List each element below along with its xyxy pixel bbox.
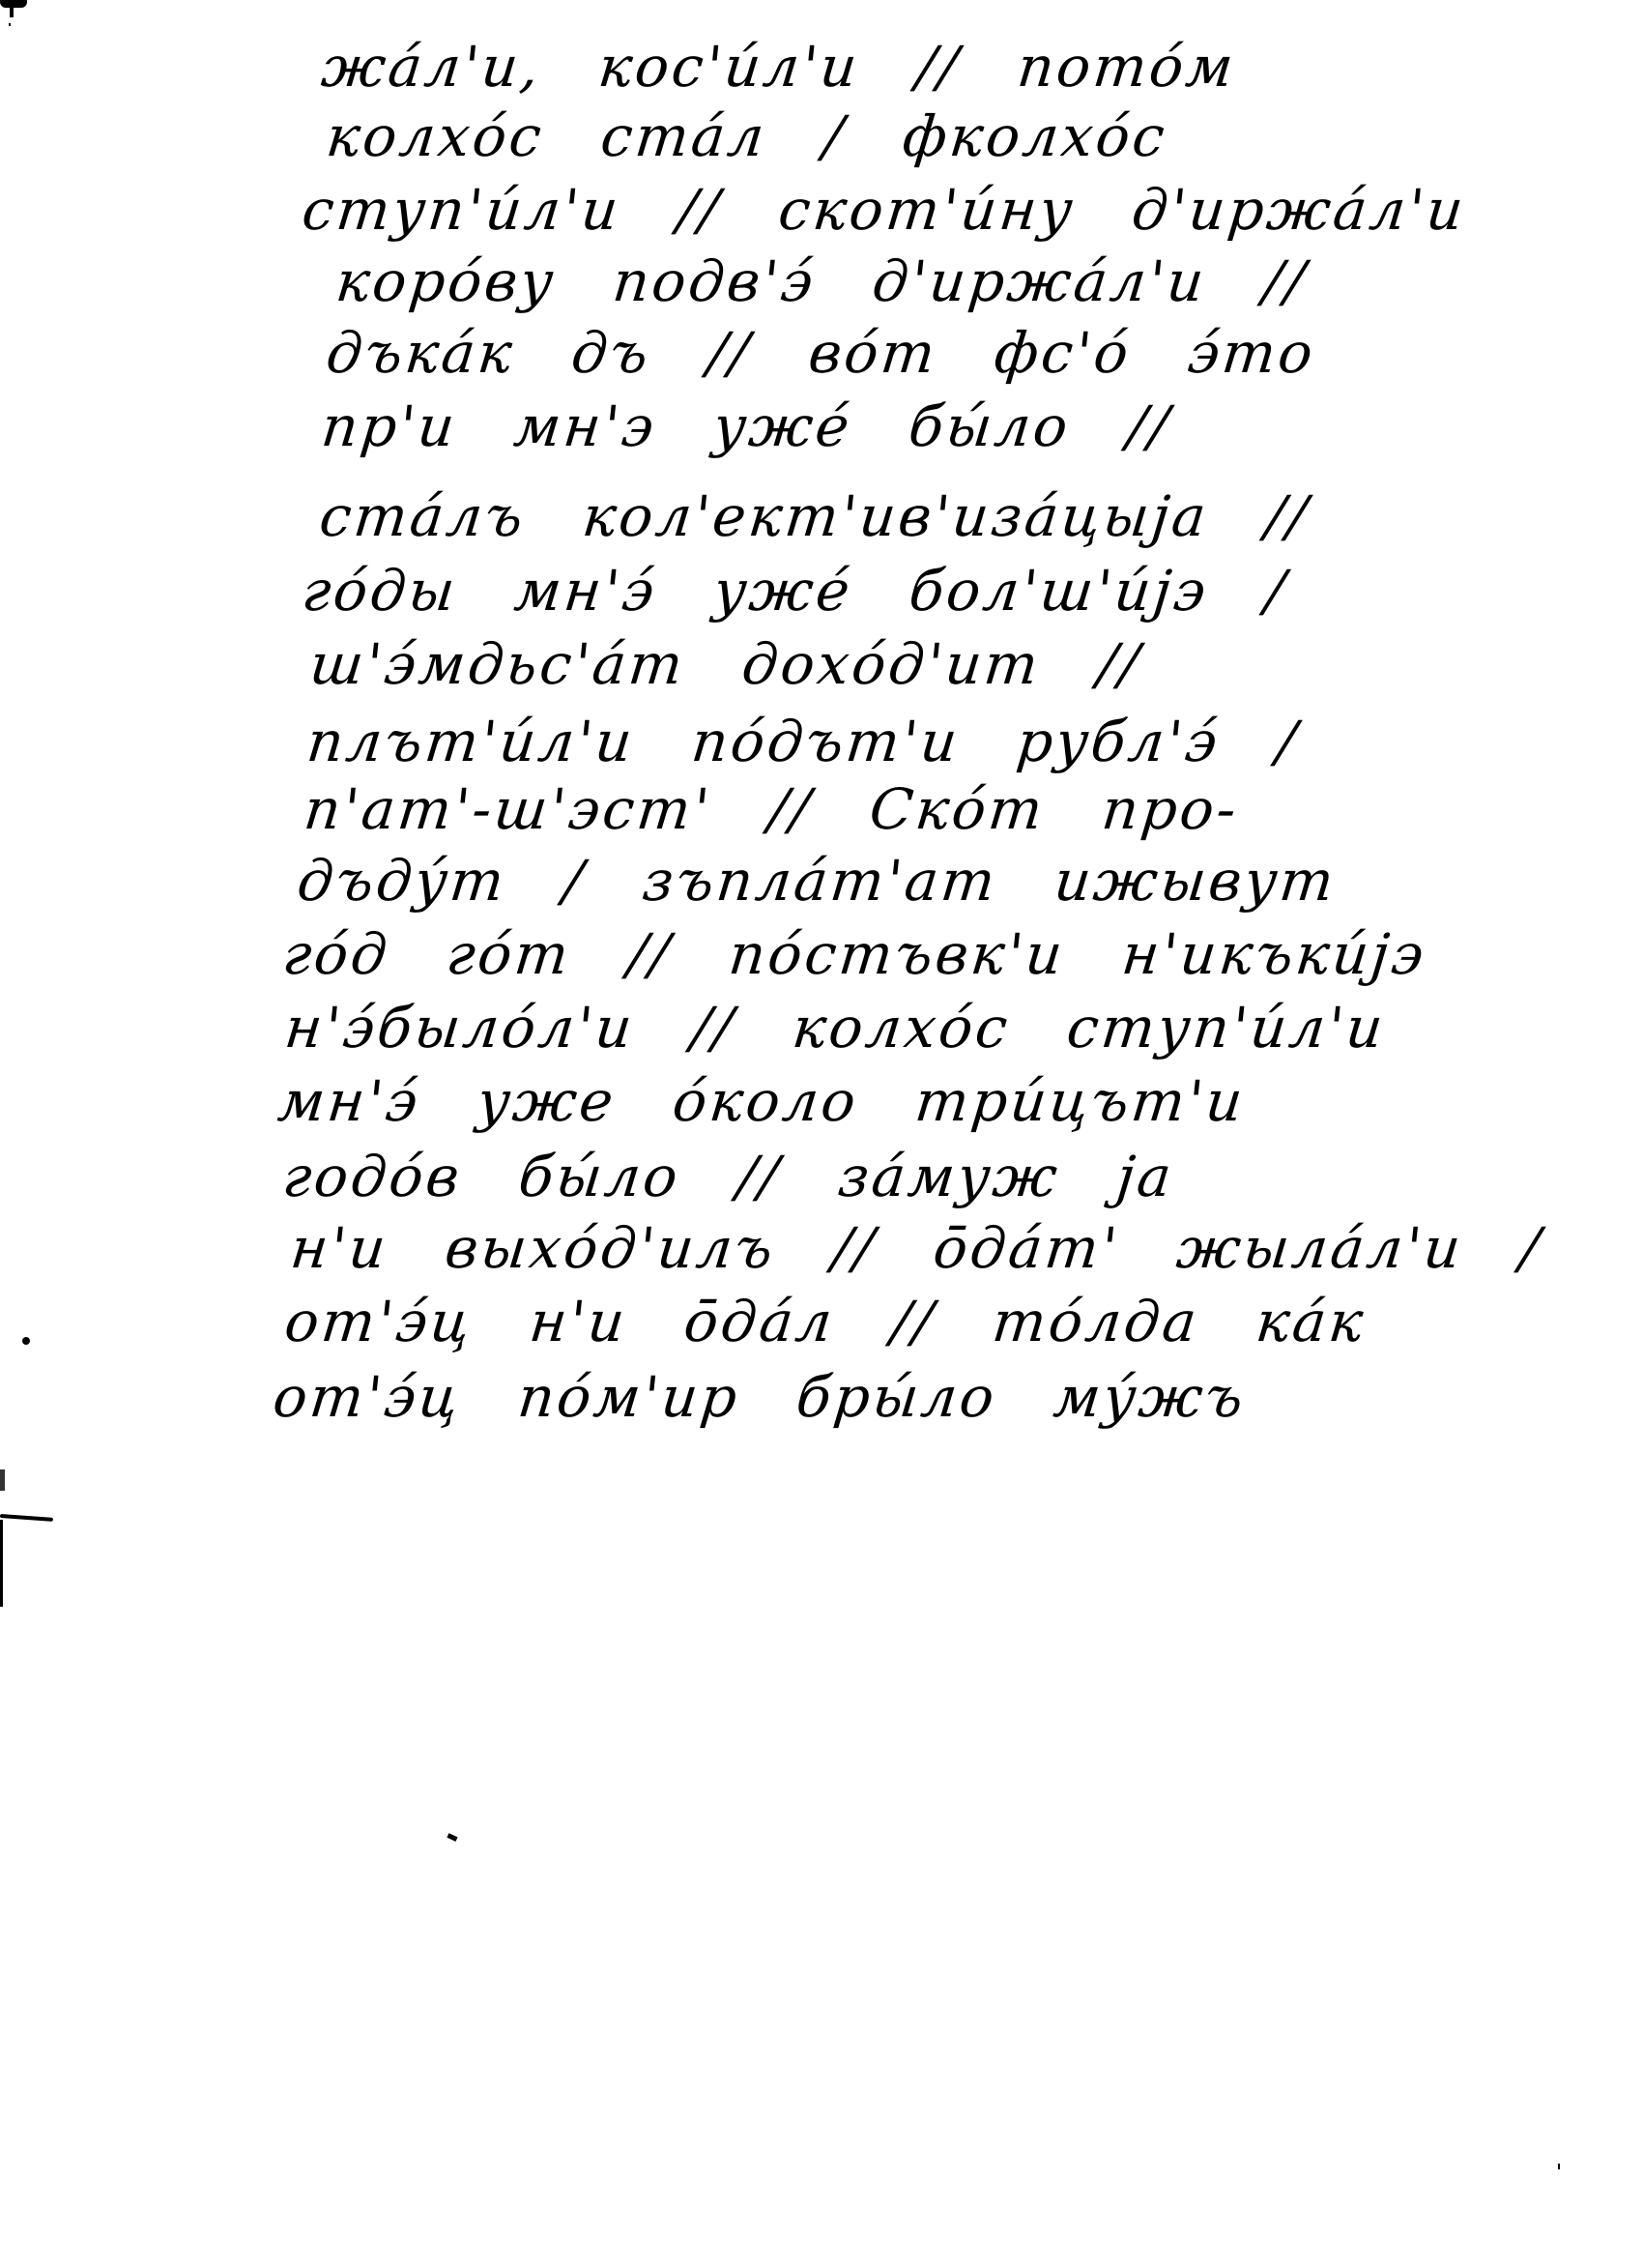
text-line-6: пр'и мн'э уже́ бы́ло // <box>319 398 1174 454</box>
ink-blot-mark <box>0 0 27 8</box>
text-line-7: ста́лъ кол'ект'ив'иза́цыја // <box>317 488 1312 544</box>
text-line-4: коро́ву подв'э́ д'иржа́л'и // <box>333 253 1311 309</box>
text-line-9: ш'э́мдьс'а́т дохо́д'ит // <box>307 636 1144 692</box>
text-line-14: н'э́было́л'и // колхо́с ступ'и́л'и <box>282 1000 1388 1056</box>
text-line-18: от'э́ц н'и о̄да́л // то́лда ка́к <box>282 1294 1369 1350</box>
text-line-1: жа́л'и, кос'и́л'и // пото́м <box>319 39 1239 95</box>
text-line-13: го́д го́т // по́стъвк'и н'икъки́јэ <box>280 926 1429 982</box>
punch-dot-mark <box>22 1337 30 1345</box>
text-line-3: ступ'и́л'и // скот'и́ну д'иржа́л'и <box>300 182 1469 238</box>
text-line-11: п'ат'-ш'эст' // Ско́т про- <box>302 781 1242 837</box>
edge-border-mark <box>0 1520 3 1607</box>
text-line-19: от'э́ц по́м'ир бры́ло му́жъ <box>271 1369 1249 1425</box>
handwritten-text-block: жа́л'и, кос'и́л'и // пото́м колхо́с ста́… <box>0 0 1643 1508</box>
edge-line-mark <box>0 1514 53 1522</box>
text-line-5: дъка́к дъ // во́т фс'о́ э́то <box>324 325 1318 381</box>
text-line-10: плът'и́л'и по́дът'и рубл'э́ / <box>304 713 1302 770</box>
text-line-16: годо́в бы́ло // за́муж ја <box>280 1149 1177 1205</box>
text-line-17: н'и выхо́д'илъ // о̄да́т' жыла́л'и / <box>288 1220 1545 1276</box>
edge-tick-mark <box>0 1469 5 1491</box>
stray-tick-mark <box>1558 2164 1560 2169</box>
text-line-15: мн'э́ уже о́коло три́цът'и <box>275 1073 1248 1129</box>
text-line-8: го́ды мн'э́ уже́ бол'ш'и́јэ / <box>300 563 1290 619</box>
stray-speck-mark <box>447 1833 457 1842</box>
scanned-page: жа́л'и, кос'и́л'и // пото́м колхо́с ста́… <box>0 0 1643 2268</box>
speck-mark <box>9 23 11 26</box>
ink-drip-mark <box>10 0 14 17</box>
text-line-12: дъду́т / зъпла́т'ат ижывут <box>295 853 1339 909</box>
text-line-2: колхо́с ста́л / фколхо́с <box>324 108 1170 164</box>
